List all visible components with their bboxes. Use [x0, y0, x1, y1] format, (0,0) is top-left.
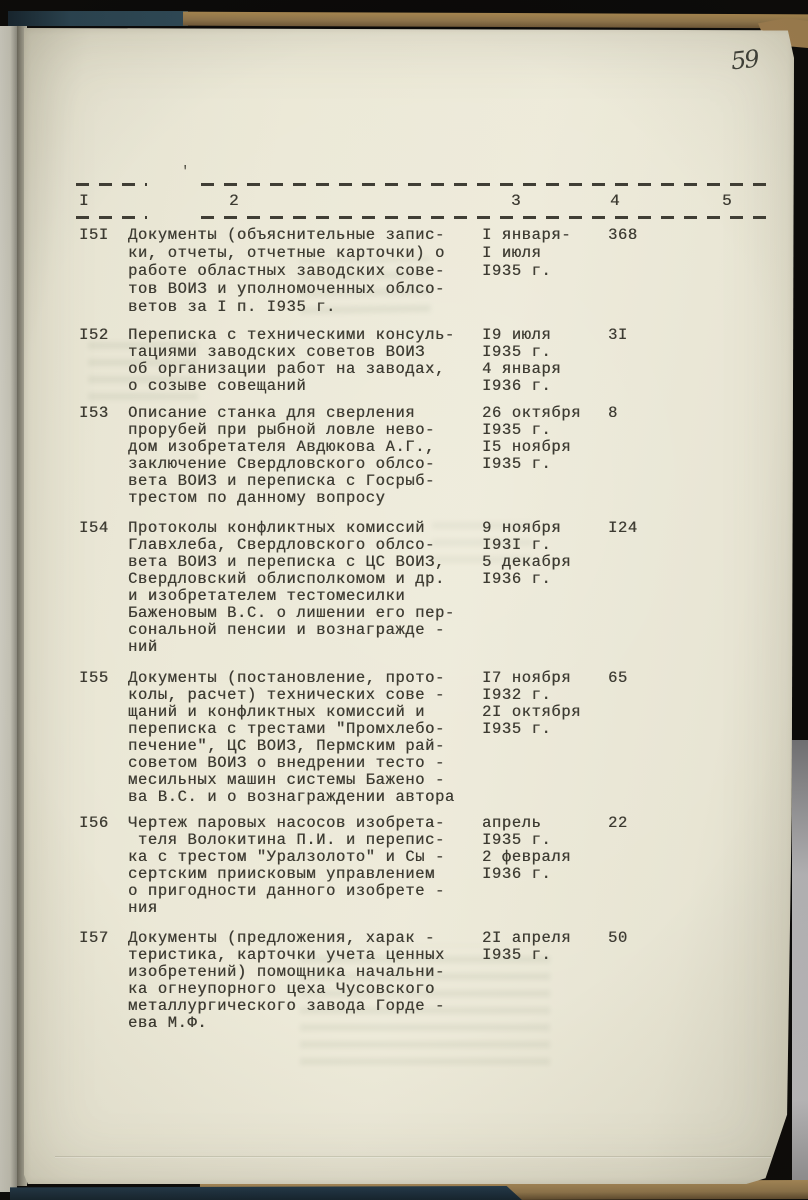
row-number: I5I [79, 226, 109, 244]
row-description: Описание станка для сверления прорубей п… [128, 405, 435, 507]
column-header-3: 3 [511, 192, 521, 210]
row-count: I24 [608, 520, 638, 537]
row-dates: I9 июля I935 г. 4 января I936 г. [482, 327, 561, 395]
stray-typed-mark: ' [181, 164, 189, 180]
handwritten-folio-number: 59 [730, 45, 759, 76]
row-dates: 9 ноября I93I г. 5 декабря I936 г. [482, 520, 571, 588]
row-description: Документы (постановление, прото- колы, р… [128, 670, 455, 806]
row-number: I56 [79, 815, 109, 832]
row-count: 50 [608, 930, 628, 947]
table-rule-bottom-left [76, 216, 147, 219]
row-number: I52 [79, 327, 109, 344]
row-number: I53 [79, 405, 109, 422]
row-count: 8 [608, 405, 618, 422]
row-description: Протоколы конфликтных комиссий Главхлеба… [128, 520, 455, 656]
table-rule-top-right [201, 183, 766, 186]
row-dates: I января- I июля I935 г. [482, 226, 571, 280]
typewritten-content: 59 I 2 3 4 5 ' I5I Документы (объяснител… [0, 0, 808, 1200]
column-header-5: 5 [722, 192, 732, 210]
table-rule-bottom-right [201, 216, 766, 219]
row-dates: 26 октября I935 г. I5 ноября I935 г. [482, 405, 581, 473]
row-count: 3I [608, 327, 628, 344]
row-count: 368 [608, 226, 638, 244]
row-count: 22 [608, 815, 628, 832]
column-header-4: 4 [610, 192, 620, 210]
row-description: Чертеж паровых насосов изобрета- теля Во… [128, 815, 445, 917]
row-description: Документы (объяснительные запис- ки, отч… [128, 226, 445, 316]
row-description: Документы (предложения, харак - теристик… [128, 930, 445, 1032]
row-description: Переписка с техническими консуль- тациям… [128, 327, 455, 395]
table-rule-top-left [76, 183, 147, 186]
row-dates: 2I апреля I935 г. [482, 930, 571, 964]
row-dates: I7 ноября I932 г. 2I октября I935 г. [482, 670, 581, 738]
row-count: 65 [608, 670, 628, 687]
column-header-2: 2 [229, 192, 239, 210]
row-number: I57 [79, 930, 109, 947]
column-header-1: I [79, 192, 89, 210]
row-number: I55 [79, 670, 109, 687]
row-number: I54 [79, 520, 109, 537]
row-dates: апрель I935 г. 2 февраля I936 г. [482, 815, 571, 883]
